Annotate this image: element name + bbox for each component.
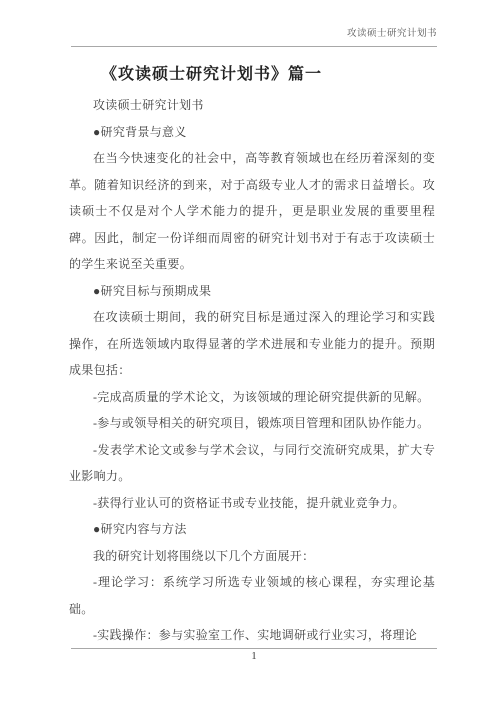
paragraph: -完成高质量的学术论文，为该领域的理论研究提供新的见解。 [69,384,435,411]
paragraph: -参与或领导相关的研究项目，锻炼项目管理和团队协作能力。 [69,410,435,437]
paragraph: 攻读硕士研究计划书 [69,92,435,119]
paragraph: -发表学术论文或参与学术会议，与同行交流研究成果，扩大专业影响力。 [69,437,435,490]
paragraph: 我的研究计划将围绕以下几个方面展开： [69,543,435,570]
paragraph: -理论学习：系统学习所选专业领域的核心课程，夯实理论基础。 [69,569,435,622]
page-title: 《攻读硕士研究计划书》篇一 [69,60,435,90]
paragraph: -获得行业认可的资格证书或专业技能，提升就业竞争力。 [69,490,435,517]
document-page: 攻读硕士研究计划书 《攻读硕士研究计划书》篇一 攻读硕士研究计划书 ●研究背景与… [0,0,500,707]
document-content: 《攻读硕士研究计划书》篇一 攻读硕士研究计划书 ●研究背景与意义 在当今快速变化… [69,60,435,649]
footer-rule [71,648,437,649]
paragraph: -实践操作：参与实验室工作、实地调研或行业实习，将理论 [69,622,435,649]
running-header-text: 攻读硕士研究计划书 [347,28,437,39]
document-body: 攻读硕士研究计划书 ●研究背景与意义 在当今快速变化的社会中，高等教育领域也在经… [69,92,435,649]
header-rule [71,46,437,47]
page-number: 1 [71,651,437,662]
paragraph: 在攻读硕士期间，我的研究目标是通过深入的理论学习和实践操作，在所选领域内取得显著… [69,304,435,384]
paragraph: ●研究背景与意义 [69,119,435,146]
running-header: 攻读硕士研究计划书 [71,27,437,41]
paragraph: 在当今快速变化的社会中，高等教育领域也在经历着深刻的变革。随着知识经济的到来，对… [69,145,435,278]
paragraph: ●研究目标与预期成果 [69,278,435,305]
paragraph: ●研究内容与方法 [69,516,435,543]
